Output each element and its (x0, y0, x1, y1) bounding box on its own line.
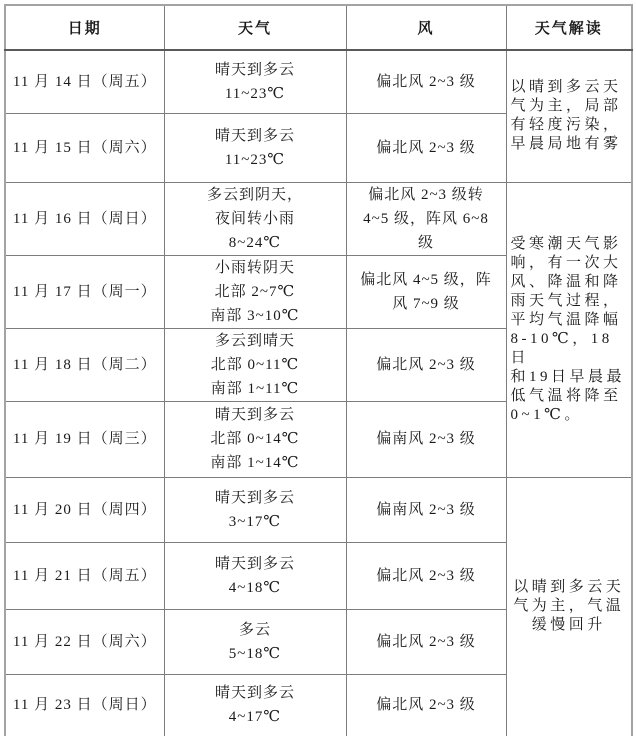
wind-cell: 偏北风 2~3 级 (346, 113, 506, 182)
date-cell: 11 月 23 日（周日） (5, 674, 164, 736)
weather-cell: 晴天到多云 4~18℃ (164, 542, 346, 609)
wind-cell: 偏北风 2~3 级 (346, 50, 506, 113)
weather-forecast-table: 日期 天气 风 天气解读 11 月 14 日（周五） 晴天到多云 11~23℃ … (4, 4, 633, 736)
header-interpretation: 天气解读 (506, 5, 632, 50)
weather-cell: 多云到晴天 北部 0~11℃ 南部 1~11℃ (164, 328, 346, 401)
date-cell: 11 月 14 日（周五） (5, 50, 164, 113)
header-weather: 天气 (164, 5, 346, 50)
wind-cell: 偏北风 2~3 级 (346, 609, 506, 674)
header-row: 日期 天气 风 天气解读 (5, 5, 632, 50)
wind-cell: 偏北风 2~3 级 (346, 674, 506, 736)
header-date: 日期 (5, 5, 164, 50)
weather-forecast-page: 日期 天气 风 天气解读 11 月 14 日（周五） 晴天到多云 11~23℃ … (0, 0, 636, 736)
weather-cell: 多云 5~18℃ (164, 609, 346, 674)
interpretation-cell: 以晴到多云天 气为主，气温 缓慢回升 (506, 477, 632, 736)
table-row: 11 月 14 日（周五） 晴天到多云 11~23℃ 偏北风 2~3 级 以晴到… (5, 50, 632, 113)
wind-cell: 偏南风 2~3 级 (346, 477, 506, 542)
date-cell: 11 月 15 日（周六） (5, 113, 164, 182)
weather-cell: 多云到阴天， 夜间转小雨 8~24℃ (164, 182, 346, 255)
date-cell: 11 月 16 日（周日） (5, 182, 164, 255)
weather-cell: 晴天到多云 北部 0~14℃ 南部 1~14℃ (164, 401, 346, 477)
date-cell: 11 月 19 日（周三） (5, 401, 164, 477)
table-header: 日期 天气 风 天气解读 (5, 5, 632, 50)
wind-cell: 偏北风 2~3 级转 4~5 级，阵风 6~8 级 (346, 182, 506, 255)
wind-cell: 偏南风 2~3 级 (346, 401, 506, 477)
table-row: 11 月 16 日（周日） 多云到阴天， 夜间转小雨 8~24℃ 偏北风 2~3… (5, 182, 632, 255)
header-wind: 风 (346, 5, 506, 50)
weather-cell: 晴天到多云 11~23℃ (164, 50, 346, 113)
wind-cell: 偏北风 2~3 级 (346, 328, 506, 401)
wind-cell: 偏北风 2~3 级 (346, 542, 506, 609)
date-cell: 11 月 20 日（周四） (5, 477, 164, 542)
weather-cell: 小雨转阴天 北部 2~7℃ 南部 3~10℃ (164, 255, 346, 328)
wind-cell: 偏北风 4~5 级，阵 风 7~9 级 (346, 255, 506, 328)
weather-cell: 晴天到多云 4~17℃ (164, 674, 346, 736)
date-cell: 11 月 22 日（周六） (5, 609, 164, 674)
weather-cell: 晴天到多云 3~17℃ (164, 477, 346, 542)
date-cell: 11 月 17 日（周一） (5, 255, 164, 328)
weather-cell: 晴天到多云 11~23℃ (164, 113, 346, 182)
table-row: 11 月 20 日（周四） 晴天到多云 3~17℃ 偏南风 2~3 级 以晴到多… (5, 477, 632, 542)
date-cell: 11 月 18 日（周二） (5, 328, 164, 401)
interpretation-cell: 受寒潮天气影 响，有一次大 风、降温和降 雨天气过程， 平均气温降幅 8-10℃… (506, 182, 632, 477)
interpretation-cell: 以晴到多云天 气为主，局部 有轻度污染， 早晨局地有雾 (506, 50, 632, 182)
date-cell: 11 月 21 日（周五） (5, 542, 164, 609)
